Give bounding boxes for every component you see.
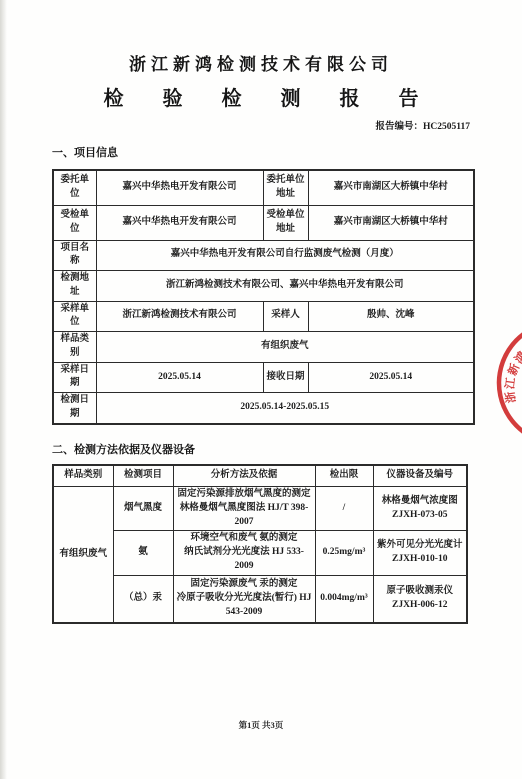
method-cell: 固定污染源废气 汞的测定 冷原子吸收分光光度法(暂行) HJ 543-2009 bbox=[173, 575, 315, 623]
row-value: 浙江新鸿检测技术有限公司 bbox=[96, 301, 263, 332]
section2-heading: 二、检测方法依据及仪器设备 bbox=[52, 441, 522, 457]
methods-instruments-table: 样品类别 检测项目 分析方法及依据 检出限 仪器设备及编号 有组织废气 烟气黑度… bbox=[52, 464, 468, 625]
row-value: 嘉兴中华热电开发有限公司 bbox=[96, 205, 263, 240]
row-label: 委托单位 bbox=[53, 170, 96, 205]
row-label: 检测日期 bbox=[53, 393, 96, 424]
col-header: 检出限 bbox=[315, 465, 373, 487]
row-value: 嘉兴中华热电开发有限公司自行监测废气检测（月度） bbox=[96, 240, 474, 271]
row-value: 嘉兴中华热电开发有限公司 bbox=[96, 170, 263, 205]
instrument-cell: 林格曼烟气浓度图 ZJXH-073-05 bbox=[373, 487, 467, 531]
report-number: 报告编号：HC2505117 bbox=[0, 118, 470, 132]
table-row: 项目名称 嘉兴中华热电开发有限公司自行监测废气检测（月度） bbox=[53, 240, 474, 271]
test-item-cell: （总）汞 bbox=[113, 575, 173, 623]
detection-limit-cell: 0.004mg/m³ bbox=[315, 575, 373, 623]
test-item-cell: 烟气黑度 bbox=[113, 487, 173, 531]
row-label: 检测地址 bbox=[53, 271, 96, 302]
table-header-row: 样品类别 检测项目 分析方法及依据 检出限 仪器设备及编号 bbox=[53, 465, 467, 487]
row-value: 2025.05.14-2025.05.15 bbox=[96, 393, 474, 424]
row-label: 接收日期 bbox=[263, 362, 308, 393]
method-cell: 固定污染源排放烟气黑度的测定 林格曼烟气黑度图法 HJ/T 398-2007 bbox=[173, 487, 315, 531]
col-header: 检测项目 bbox=[113, 465, 173, 487]
table-row: （总）汞 固定污染源废气 汞的测定 冷原子吸收分光光度法(暂行) HJ 543-… bbox=[53, 575, 467, 623]
detection-limit-cell: 0.25mg/m³ bbox=[315, 531, 373, 575]
seal-company-text: 浙江新鸿检测技术有限公司 bbox=[492, 319, 522, 405]
row-value: 2025.05.14 bbox=[96, 362, 263, 393]
detection-limit-cell: / bbox=[315, 487, 373, 531]
row-value: 嘉兴市南湖区大桥镇中华村 bbox=[308, 205, 474, 240]
table-row: 委托单位 嘉兴中华热电开发有限公司 委托单位地址 嘉兴市南湖区大桥镇中华村 bbox=[53, 170, 474, 205]
table-row: 采样单位 浙江新鸿检测技术有限公司 采样人 殷帅、沈峰 bbox=[53, 301, 474, 332]
row-label: 受检单位地址 bbox=[263, 205, 308, 240]
section1-heading: 一、项目信息 bbox=[52, 144, 522, 160]
seal-ring bbox=[488, 311, 522, 456]
report-title: 检 验 检 测 报 告 bbox=[0, 82, 522, 111]
row-label: 样品类别 bbox=[53, 332, 96, 363]
row-label: 受检单位 bbox=[53, 205, 96, 240]
scanned-report-page: 浙江新鸿检测技术有限公司 检 验 检 测 报 告 报告编号：HC2505117 … bbox=[0, 0, 522, 779]
row-label: 采样日期 bbox=[53, 362, 96, 393]
row-value: 有组织废气 bbox=[96, 332, 474, 363]
row-label: 委托单位地址 bbox=[263, 170, 308, 205]
scan-edge-shadow bbox=[0, 0, 7, 779]
row-label: 项目名称 bbox=[53, 240, 96, 271]
table-row: 样品类别 有组织废气 bbox=[53, 332, 474, 363]
col-header: 分析方法及依据 bbox=[173, 465, 315, 487]
row-value: 殷帅、沈峰 bbox=[308, 301, 474, 332]
company-title: 浙江新鸿检测技术有限公司 bbox=[0, 50, 522, 75]
table-row: 采样日期 2025.05.14 接收日期 2025.05.14 bbox=[53, 362, 474, 393]
row-label: 采样单位 bbox=[53, 301, 96, 332]
instrument-cell: 紫外可见分光光度计 ZJXH-010-10 bbox=[373, 531, 467, 575]
table-row: 有组织废气 烟气黑度 固定污染源排放烟气黑度的测定 林格曼烟气黑度图法 HJ/T… bbox=[53, 487, 467, 531]
table-row: 检测地址 浙江新鸿检测技术有限公司、嘉兴中华热电开发有限公司 bbox=[53, 271, 474, 302]
project-info-table: 委托单位 嘉兴中华热电开发有限公司 委托单位地址 嘉兴市南湖区大桥镇中华村 受检… bbox=[52, 169, 475, 425]
method-cell: 环境空气和废气 氨的测定 纳氏试剂分光光度法 HJ 533-2009 bbox=[173, 531, 315, 575]
table-row: 氨 环境空气和废气 氨的测定 纳氏试剂分光光度法 HJ 533-2009 0.2… bbox=[53, 531, 467, 575]
table-row: 检测日期 2025.05.14-2025.05.15 bbox=[53, 393, 474, 424]
row-value: 嘉兴市南湖区大桥镇中华村 bbox=[308, 170, 474, 205]
test-item-cell: 氨 bbox=[113, 531, 173, 575]
row-value: 浙江新鸿检测技术有限公司、嘉兴中华热电开发有限公司 bbox=[96, 271, 474, 302]
row-label: 采样人 bbox=[263, 301, 308, 332]
instrument-cell: 原子吸收测汞仪 ZJXH-006-12 bbox=[373, 575, 467, 623]
page-number: 第1页 共3页 bbox=[0, 719, 522, 731]
table-row: 受检单位 嘉兴中华热电开发有限公司 受检单位地址 嘉兴市南湖区大桥镇中华村 bbox=[53, 205, 474, 240]
sample-category-cell: 有组织废气 bbox=[53, 487, 113, 624]
col-header: 样品类别 bbox=[53, 465, 113, 487]
row-value: 2025.05.14 bbox=[308, 362, 474, 393]
col-header: 仪器设备及编号 bbox=[373, 465, 467, 487]
